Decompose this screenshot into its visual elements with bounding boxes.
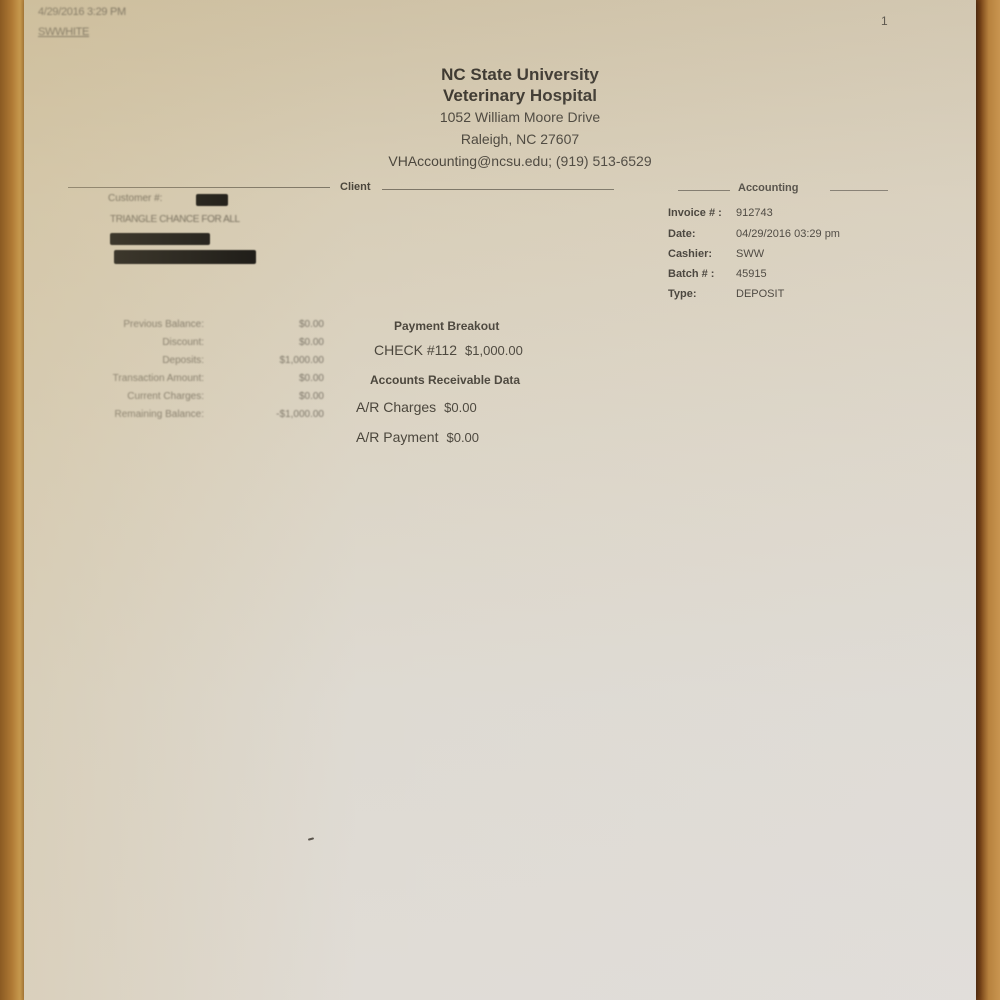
- type-label: Type:: [668, 288, 736, 300]
- customer-number-redaction: [196, 194, 228, 206]
- invoice-value: 912743: [736, 207, 773, 219]
- client-section-label: Client: [340, 181, 371, 193]
- balance-label-transaction: Transaction Amount:: [24, 373, 204, 384]
- payment-method: CHECK #112: [374, 342, 457, 358]
- customer-number-label: Customer #:: [108, 193, 162, 204]
- date-value: 04/29/2016 03:29 pm: [736, 228, 840, 240]
- ar-payment-value: $0.00: [446, 430, 479, 445]
- receipt-page: 4/29/2016 3:29 PM SWWHITE 1 NC State Uni…: [24, 0, 976, 1000]
- batch-label: Batch # :: [668, 268, 736, 280]
- batch-value: 45915: [736, 268, 767, 280]
- print-user: SWWHITE: [38, 26, 89, 38]
- accounting-row-type: Type:DEPOSIT: [668, 288, 784, 300]
- balance-value-transaction: $0.00: [224, 373, 324, 384]
- institution-contact: VHAccounting@ncsu.edu; (919) 513-6529: [320, 150, 720, 172]
- payment-breakout-line: CHECK #112$1,000.00: [374, 342, 523, 358]
- accounting-divider-left: [678, 190, 730, 191]
- ar-charges-line: A/R Charges$0.00: [356, 399, 477, 415]
- page-number: 1: [881, 14, 888, 28]
- accounting-row-invoice: Invoice # :912743: [668, 207, 773, 219]
- wood-surface-right: [972, 0, 1000, 1000]
- balance-value-discount: $0.00: [224, 337, 324, 348]
- institution-header: NC State University Veterinary Hospital …: [320, 64, 720, 172]
- payment-amount: $1,000.00: [465, 343, 523, 358]
- cashier-label: Cashier:: [668, 248, 736, 260]
- client-address-line1-redaction: [110, 233, 210, 245]
- balance-label-remaining: Remaining Balance:: [24, 409, 204, 420]
- client-address-line2-redaction: [114, 250, 256, 264]
- balances-table: Previous Balance: $0.00 Discount: $0.00 …: [24, 319, 344, 429]
- balance-value-current-charges: $0.00: [224, 391, 324, 402]
- ar-payment-label: A/R Payment: [356, 429, 438, 445]
- balance-label-deposits: Deposits:: [24, 355, 204, 366]
- cashier-value: SWW: [736, 248, 764, 260]
- payment-breakout-heading: Payment Breakout: [394, 319, 499, 333]
- client-divider-right: [382, 189, 614, 190]
- type-value: DEPOSIT: [736, 288, 784, 300]
- date-label: Date:: [668, 228, 736, 240]
- accounting-divider-right: [830, 190, 888, 191]
- print-timestamp: 4/29/2016 3:29 PM: [38, 6, 126, 18]
- accounting-section-label: Accounting: [738, 182, 799, 194]
- institution-address-line1: 1052 William Moore Drive: [320, 106, 720, 128]
- ar-payment-line: A/R Payment$0.00: [356, 429, 479, 445]
- institution-address-line2: Raleigh, NC 27607: [320, 128, 720, 150]
- balance-value-previous: $0.00: [224, 319, 324, 330]
- accounting-row-date: Date:04/29/2016 03:29 pm: [668, 228, 840, 240]
- balance-label-previous: Previous Balance:: [24, 319, 204, 330]
- balance-label-current-charges: Current Charges:: [24, 391, 204, 402]
- accounting-row-cashier: Cashier:SWW: [668, 248, 764, 260]
- ar-charges-value: $0.00: [444, 400, 477, 415]
- balance-label-discount: Discount:: [24, 337, 204, 348]
- paper-speck: [308, 837, 314, 840]
- ar-charges-label: A/R Charges: [356, 399, 436, 415]
- balance-value-deposits: $1,000.00: [224, 355, 324, 366]
- balance-value-remaining: -$1,000.00: [224, 409, 324, 420]
- institution-name-line1: NC State University: [320, 64, 720, 85]
- institution-name-line2: Veterinary Hospital: [320, 85, 720, 106]
- client-name: TRIANGLE CHANCE FOR ALL: [110, 214, 240, 225]
- accounting-row-batch: Batch # :45915: [668, 268, 767, 280]
- ar-heading: Accounts Receivable Data: [370, 373, 520, 387]
- client-divider-left: [68, 187, 330, 188]
- invoice-label: Invoice # :: [668, 207, 736, 219]
